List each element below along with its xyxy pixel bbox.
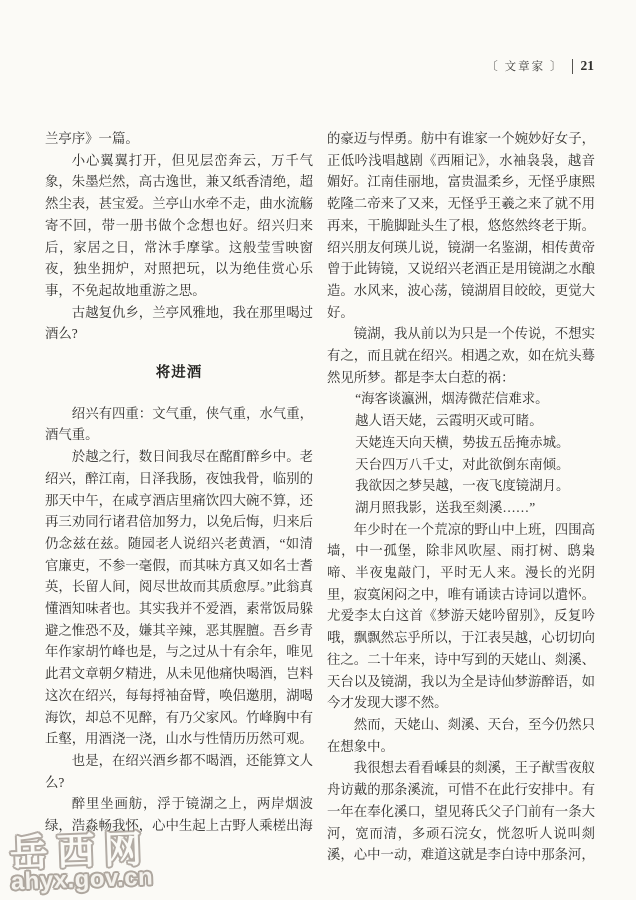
paragraph: 我很想去看看嵊县的剡溪，王子猷雪夜舣舟访戴的那条溪流，可惜不在此行安排中。有一年… <box>327 757 595 866</box>
paragraph: 然而，天姥山、剡溪、天台，至今仍然只在想象中。 <box>327 714 595 757</box>
right-column: 的豪迈与悍勇。舫中有谁家一个婉妙好女子，正低吟浅唱越剧《西厢记》，水袖袅袅，越音… <box>327 128 595 866</box>
paragraph: 於越之行，数日间我尽在酩酊醉乡中。老绍兴，醉江南，日泽我肠，夜蚀我骨，临别的那天… <box>45 446 313 750</box>
paragraph: 镜湖，我从前以为只是一个传说，不想实有之，而且就在绍兴。相遇之欢，如在炕头蓦然见… <box>327 323 595 388</box>
verse-line: 越人语天姥，云霞明灭或可睹。 <box>327 410 595 432</box>
paragraph: 小心翼翼打开，但见层峦奔云，万千气象，朱墨烂然，高古逸世，兼又纸香清绝，超然尘表… <box>45 150 313 302</box>
watermark-site-url: ahyx.gov.cn <box>10 864 153 897</box>
paragraph: 也是，在绍兴酒乡都不喝酒，还能算文人么? <box>45 750 313 793</box>
left-column: 兰亭序》一篇。小心翼翼打开，但见层峦奔云，万千气象，朱墨烂然，高古逸世，兼又纸香… <box>45 128 313 866</box>
paragraph: 的豪迈与悍勇。舫中有谁家一个婉妙好女子，正低吟浅唱越剧《西厢记》，水袖袅袅，越音… <box>327 128 595 323</box>
verse-line: “海客谈瀛洲，烟涛微茫信难求。 <box>327 388 595 410</box>
paragraph: 绍兴有四重：文气重，侠气重，水气重，酒气重。 <box>45 403 313 446</box>
verse-line: 天姥连天向天横，势拔五岳掩赤城。 <box>327 432 595 454</box>
paragraph: 醉里坐画舫，浮于镜湖之上，两岸烟波绿，浩淼畅我怀，心中生起上古野人乘槎出海 <box>45 793 313 836</box>
book-page: 〔 文章家 〕 21 兰亭序》一篇。小心翼翼打开，但见层峦奔云，万千气象，朱墨烂… <box>0 0 636 900</box>
page-number: 21 <box>581 58 595 74</box>
verse-line: 我欲因之梦吴越，一夜飞度镜湖月。 <box>327 475 595 497</box>
section-heading: 将进酒 <box>45 363 313 385</box>
paragraph: 古越复仇乡，兰亭风雅地，我在那里喝过酒么? <box>45 302 313 345</box>
verse-line: 天台四万八千丈，对此欲倒东南倾。 <box>327 454 595 476</box>
verse-line: 湖月照我影，送我至剡溪……” <box>327 497 595 519</box>
paragraph: 兰亭序》一篇。 <box>45 128 313 150</box>
paragraph: 年少时在一个荒凉的野山中上班，四围高墙，中一孤堡，除非风吹屋、雨打树、鸱枭啼、半… <box>327 519 595 714</box>
section-label: 〔 文章家 〕 <box>486 58 563 74</box>
two-column-body: 兰亭序》一篇。小心翼翼打开，但见层峦奔云，万千气象，朱墨烂然，高古逸世，兼又纸香… <box>45 128 595 866</box>
running-header: 〔 文章家 〕 21 <box>486 58 594 74</box>
header-divider <box>572 59 573 74</box>
